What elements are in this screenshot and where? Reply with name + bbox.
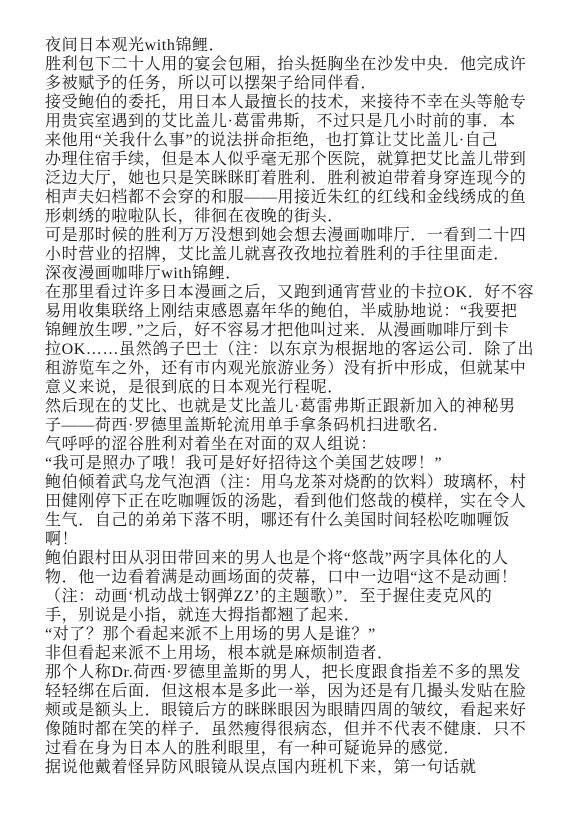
text-line: “对了？那个看起来派不上用场的男人是谁？” xyxy=(45,625,545,644)
text-line: 拉OK……虽然鸽子巴士（注：以东京为根据地的客运公司．除了出 xyxy=(45,340,545,359)
text-line: 那个人称Dr.荷西·罗德里盖斯的男人，把长度跟食指差不多的黑发 xyxy=(45,663,545,682)
text-line: 用贵宾室遇到的艾比盖儿·葛雷弗斯，不过只是几小时前的事．本 xyxy=(45,112,545,131)
text-line: 深夜漫画咖啡厅with锦鲤． xyxy=(45,264,545,283)
text-line: 鲍伯倾着武乌龙气泡酒（注：用乌龙茶对烧酌的饮料）玻璃杯，村 xyxy=(45,473,545,492)
text-line: 易用收集联络上刚结束感恩嘉年华的鲍伯，半威胁地说：“我要把 xyxy=(45,302,545,321)
text-line: 气呼呼的涩谷胜利对着坐在对面的双人组说： xyxy=(45,435,545,454)
text-line: 据说他戴着怪异防风眼镜从误点国内班机下来，第一句话就 xyxy=(45,758,545,777)
text-line: 小时营业的招牌，艾比盖儿就喜孜孜地拉着胜利的手往里面走． xyxy=(45,245,545,264)
text-line: 田健刚停下正在吃咖喱饭的汤匙，看到他们悠哉的模样，实在令人 xyxy=(45,492,545,511)
text-line: 泛边大厅，她也只是笑眯眯盯着胜利．胜利被迫带着身穿连现今的 xyxy=(45,169,545,188)
text-line: 生气．自己的弟弟下落不明，哪还有什么美国时间轻松吃咖喱饭 xyxy=(45,511,545,530)
text-line: 锦鲤放生啰．”之后，好不容易才把他叫过来．从漫画咖啡厅到卡 xyxy=(45,321,545,340)
text-line: 手，别说是小指，就连大拇指都翘了起来． xyxy=(45,606,545,625)
text-line: 办理住宿手续，但是本人似乎毫无那个医院，就算把艾比盖儿带到 xyxy=(45,150,545,169)
text-line: 租游览车之外，还有市内观光旅游业务）没有折中形成，但就某中 xyxy=(45,359,545,378)
text-line: 然后现在的艾比、也就是艾比盖儿·葛雷弗斯正跟新加入的神秘男 xyxy=(45,397,545,416)
text-line: 像随时都在笑的样子．虽然瘦得很病态，但并不代表不健康．只不 xyxy=(45,720,545,739)
page-text: 夜间日本观光with锦鲤． 胜利包下二十人用的宴会包厢，抬头挺胸坐在沙发中央．他… xyxy=(45,36,545,777)
text-line: 非但看起来派不上用场，根本就是麻烦制造者． xyxy=(45,644,545,663)
text-line: 在那里看过许多日本漫画之后，又跑到通宵营业的卡拉OK．好不容 xyxy=(45,283,545,302)
text-line: 子——荷西·罗德里盖斯轮流用单手拿条码机扫进歌名． xyxy=(45,416,545,435)
text-line: 可是那时候的胜利万万没想到她会想去漫画咖啡厅．一看到二十四 xyxy=(45,226,545,245)
novel-page: 夜间日本观光with锦鲤． 胜利包下二十人用的宴会包厢，抬头挺胸坐在沙发中央．他… xyxy=(0,0,583,828)
text-line: “我可是照办了哦！我可是好好招待这个美国艺妓啰！” xyxy=(45,454,545,473)
text-line: 鲍伯跟村田从羽田带回来的男人也是个将“悠哉”两字具体化的人 xyxy=(45,549,545,568)
text-line: 多被赋予的任务，所以可以摆架子给同伴看． xyxy=(45,74,545,93)
text-line: 形刺绣的啦啦队长，徘徊在夜晚的街头． xyxy=(45,207,545,226)
text-line: 接受鲍伯的委托，用日本人最擅长的技术，来接待不幸在头等舱专 xyxy=(45,93,545,112)
text-line: （注：动画‘机动战士钢弹ZZ’的主题歌）”．至于握住麦克风的 xyxy=(45,587,545,606)
text-line: 胜利包下二十人用的宴会包厢，抬头挺胸坐在沙发中央．他完成许 xyxy=(45,55,545,74)
text-line: 啊！ xyxy=(45,530,545,549)
text-line: 颊或是额头上．眼镜后方的眯眯眼因为眼睛四周的皱纹，看起来好 xyxy=(45,701,545,720)
text-line: 过看在身为日本人的胜利眼里，有一种可疑诡异的感觉． xyxy=(45,739,545,758)
text-line: 意义来说，是很到底的日本观光行程呢． xyxy=(45,378,545,397)
text-line: 相声夫妇档都不会穿的和服——用接近朱红的红线和金线绣成的鱼 xyxy=(45,188,545,207)
text-line: 轻轻绑在后面．但这根本是多此一举，因为还是有几撮头发贴在脸 xyxy=(45,682,545,701)
text-line: 来他用“关我什么事”的说法拼命拒绝，也打算让艾比盖儿·自己 xyxy=(45,131,545,150)
text-line: 夜间日本观光with锦鲤． xyxy=(45,36,545,55)
text-line: 物．他一边看着满是动画场面的荧幕，口中一边唱“这不是动画！ xyxy=(45,568,545,587)
